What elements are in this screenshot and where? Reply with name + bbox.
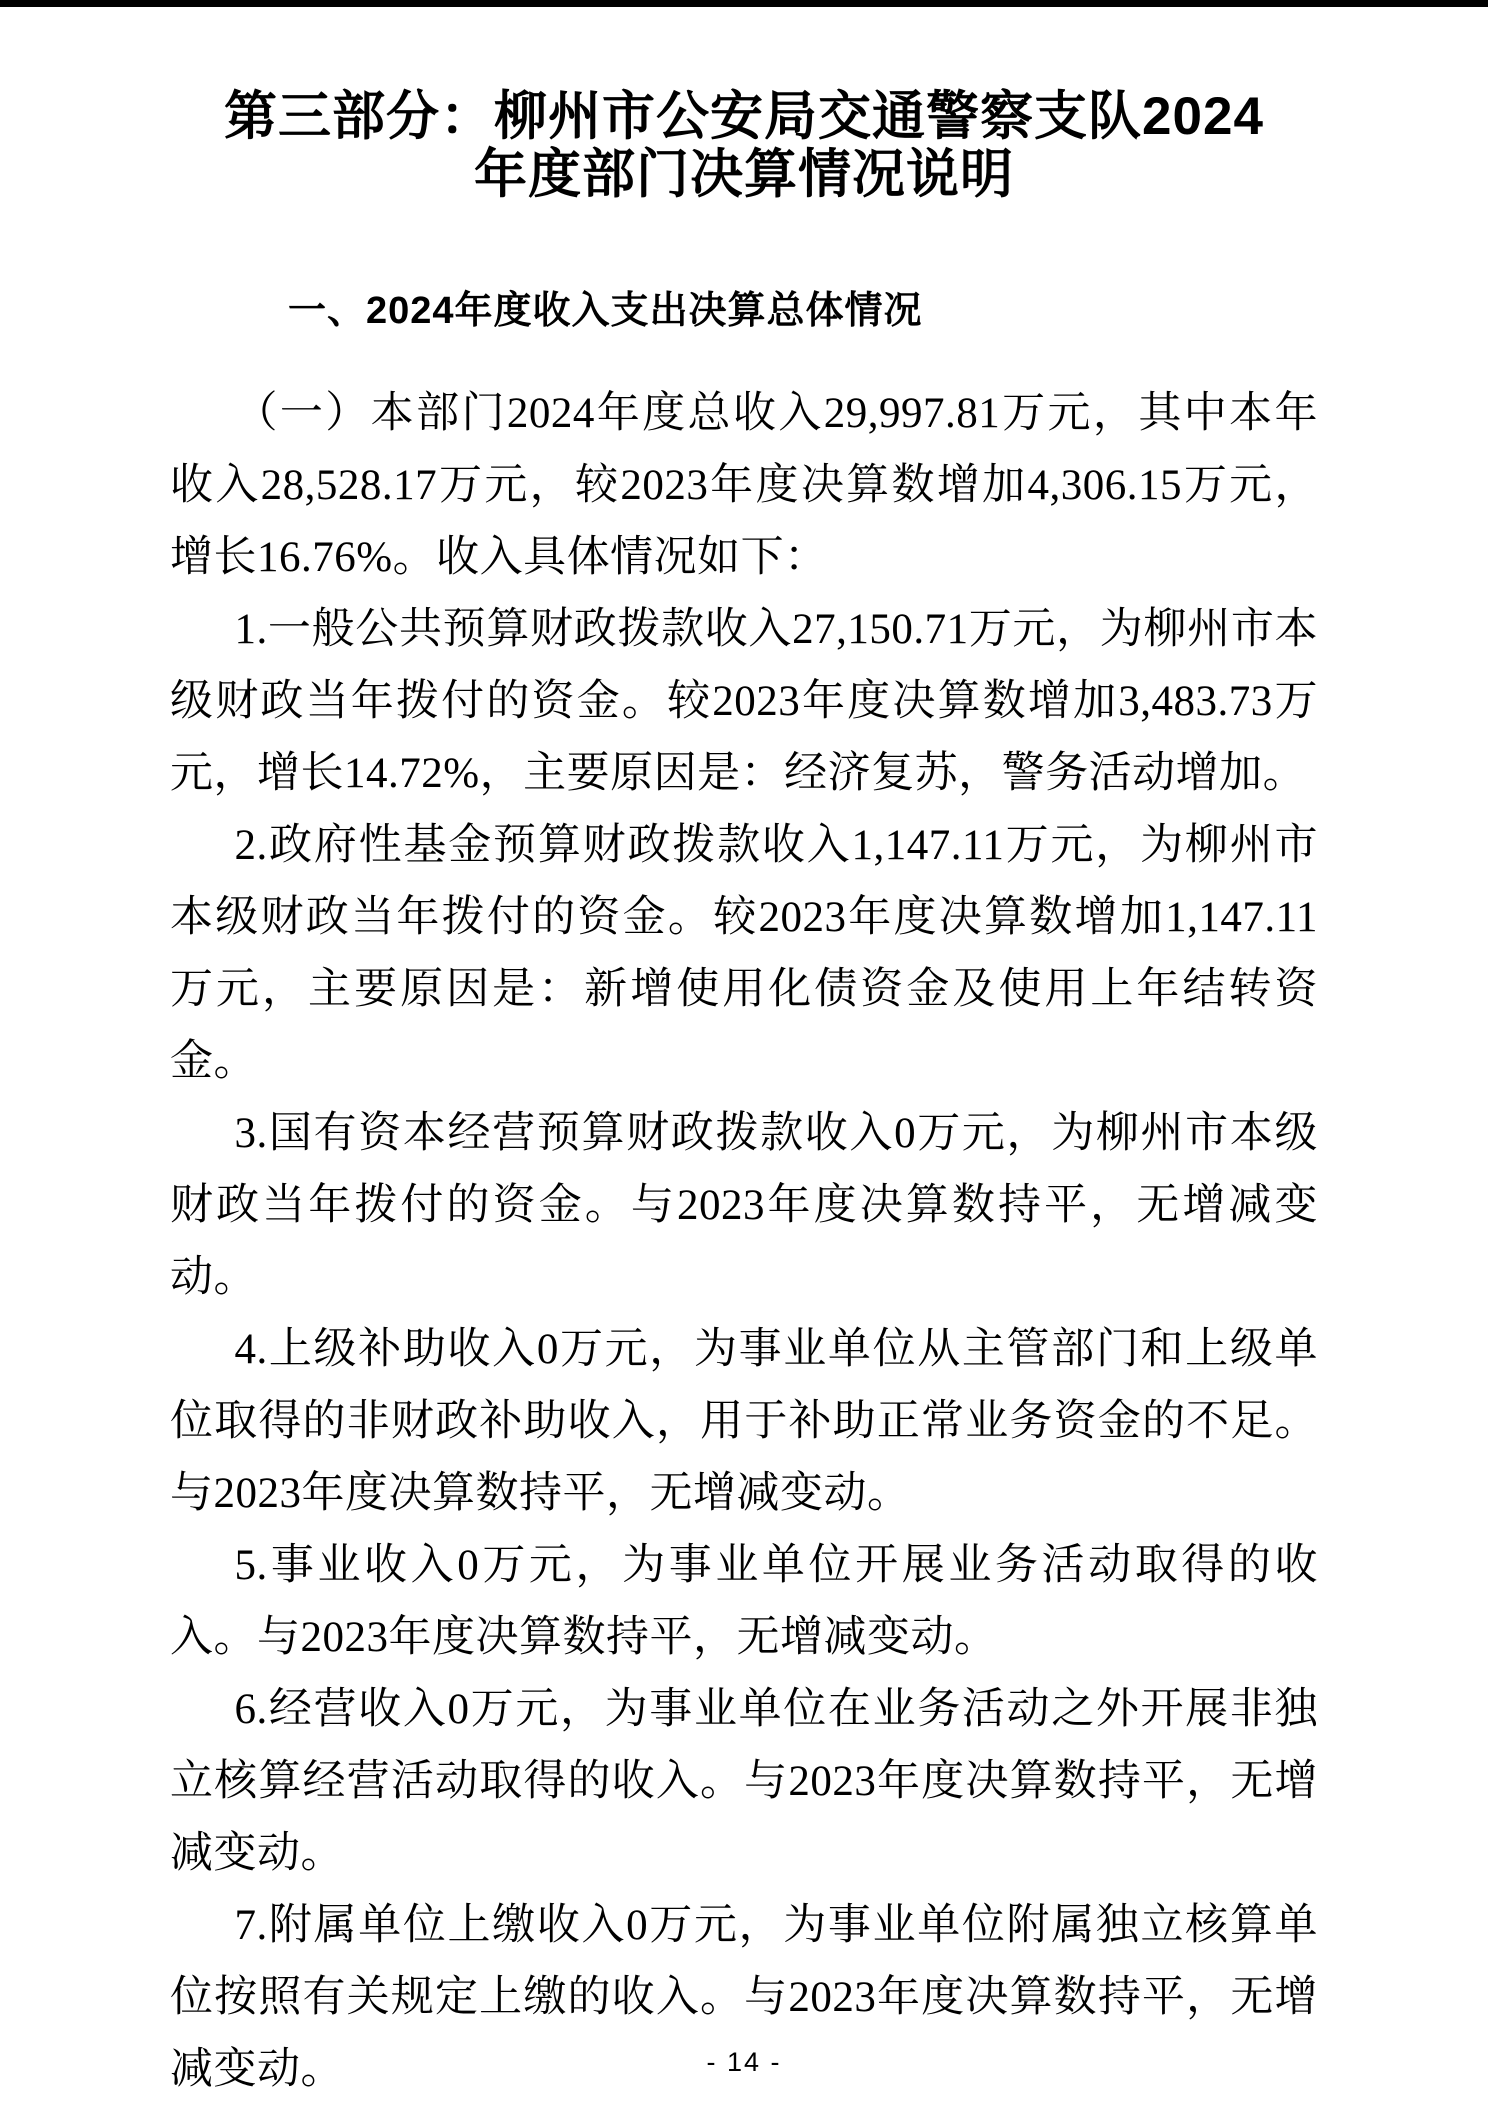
document-page: 第三部分：柳州市公安局交通警察支队2024年度部门决算情况说明 一、2024年度… bbox=[0, 0, 1488, 2104]
page-number: - 14 - bbox=[0, 2047, 1488, 2078]
document-content: 第三部分：柳州市公安局交通警察支队2024年度部门决算情况说明 一、2024年度… bbox=[170, 0, 1318, 2104]
paragraph-item-6-operating-income: 6.经营收入0万元，为事业单位在业务活动之外开展非独立核算经营活动取得的收入。与… bbox=[170, 1674, 1318, 1890]
document-title: 第三部分：柳州市公安局交通警察支队2024年度部门决算情况说明 bbox=[170, 88, 1318, 204]
paragraph-item-1-general-public-budget: 1.一般公共预算财政拨款收入27,150.71万元，为柳州市本级财政当年拨付的资… bbox=[170, 594, 1318, 810]
document-title-line2: 年度部门决算情况说明 bbox=[474, 145, 1014, 204]
section-heading-income-expenditure-overview: 一、2024年度收入支出决算总体情况 bbox=[288, 290, 1318, 332]
document-title-line1: 第三部分：柳州市公安局交通警察支队2024 bbox=[224, 87, 1264, 146]
paragraph-item-5-institutional-income: 5.事业收入0万元，为事业单位开展业务活动取得的收入。与2023年度决算数持平，… bbox=[170, 1530, 1318, 1674]
paragraph-item-2-government-fund-budget: 2.政府性基金预算财政拨款收入1,147.11万元，为柳州市本级财政当年拨付的资… bbox=[170, 810, 1318, 1098]
paragraph-total-income-overview: （一）本部门2024年度总收入29,997.81万元，其中本年收入28,528.… bbox=[170, 378, 1318, 594]
paragraph-item-3-state-capital-budget: 3.国有资本经营预算财政拨款收入0万元，为柳州市本级财政当年拨付的资金。与202… bbox=[170, 1098, 1318, 1314]
paragraph-item-4-superior-subsidy-income: 4.上级补助收入0万元，为事业单位从主管部门和上级单位取得的非财政补助收入，用于… bbox=[170, 1314, 1318, 1530]
